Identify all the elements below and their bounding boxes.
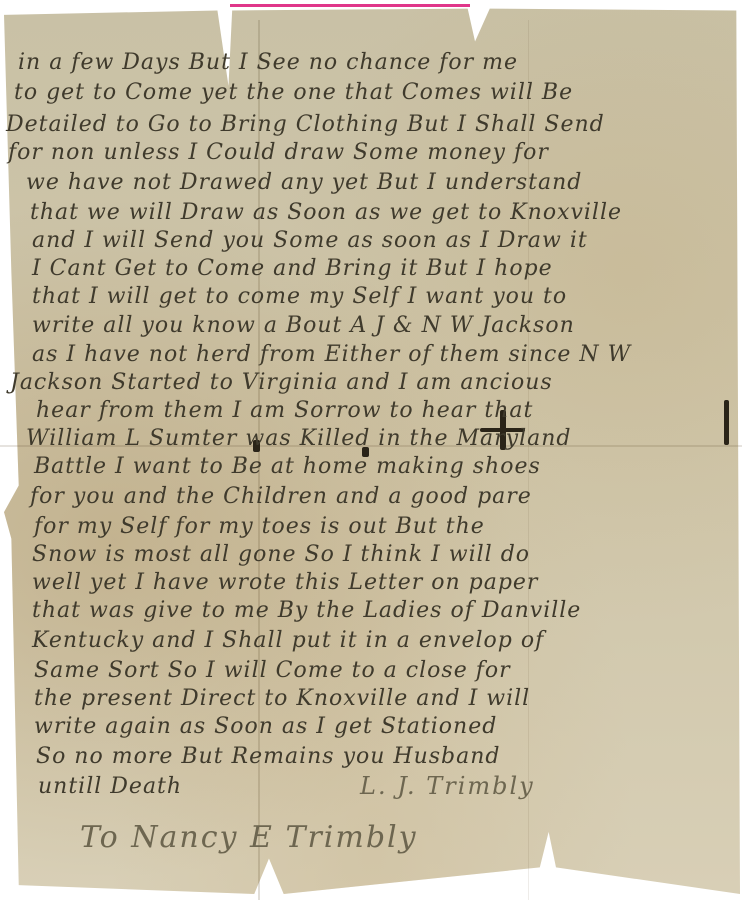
- letter-line: for my Self for my toes is out But the: [34, 514, 485, 539]
- letter-line: we have not Drawed any yet But I underst…: [26, 170, 582, 195]
- letter-line: write all you know a Bout A J & N W Jack…: [32, 313, 575, 338]
- letter-line: So no more But Remains you Husband: [36, 744, 501, 769]
- letter-line: Jackson Started to Virginia and I am anc…: [10, 370, 553, 395]
- letter-line: as I have not herd from Either of them s…: [32, 342, 631, 367]
- letter-line: in a few Days But I See no chance for me: [18, 50, 518, 75]
- letter-line: for non unless I Could draw Some money f…: [8, 140, 549, 165]
- letter-line: hear from them I am Sorrow to hear that: [36, 398, 533, 423]
- scanned-letter-page: in a few Days But I See no chance for me…: [0, 0, 742, 901]
- letter-line: Kentucky and I Shall put it in a envelop…: [32, 628, 544, 653]
- letter-line: Battle I want to Be at home making shoes: [34, 454, 541, 479]
- letter-line: Detailed to Go to Bring Clothing But I S…: [6, 112, 605, 137]
- letter-line: Same Sort So I will Come to a close for: [34, 658, 511, 683]
- letter-line: well yet I have wrote this Letter on pap…: [32, 570, 538, 595]
- letter-line: that we will Draw as Soon as we get to K…: [30, 200, 622, 225]
- letter-line: untill Death: [38, 774, 182, 799]
- letter-line: Snow is most all gone So I think I will …: [32, 542, 530, 567]
- letter-line: that I will get to come my Self I want y…: [32, 284, 567, 309]
- letter-line: to get to Come yet the one that Comes wi…: [14, 80, 573, 105]
- letter-line: and I will Send you Some as soon as I Dr…: [32, 228, 588, 253]
- letter-line: I Cant Get to Come and Bring it But I ho…: [32, 256, 553, 281]
- letter-line: William L Sumter was Killed in the Maryl…: [26, 426, 572, 451]
- letter-line: write again as Soon as I get Stationed: [34, 714, 497, 739]
- signature: L. J. Trimbly: [360, 772, 535, 800]
- recipient-address: To Nancy E Trimbly: [80, 820, 418, 855]
- letter-line: that was give to me By the Ladies of Dan…: [32, 598, 581, 623]
- letter-line: the present Direct to Knoxville and I wi…: [34, 686, 530, 711]
- letter-body: in a few Days But I See no chance for me…: [0, 0, 742, 901]
- letter-line: for you and the Children and a good pare: [30, 484, 532, 509]
